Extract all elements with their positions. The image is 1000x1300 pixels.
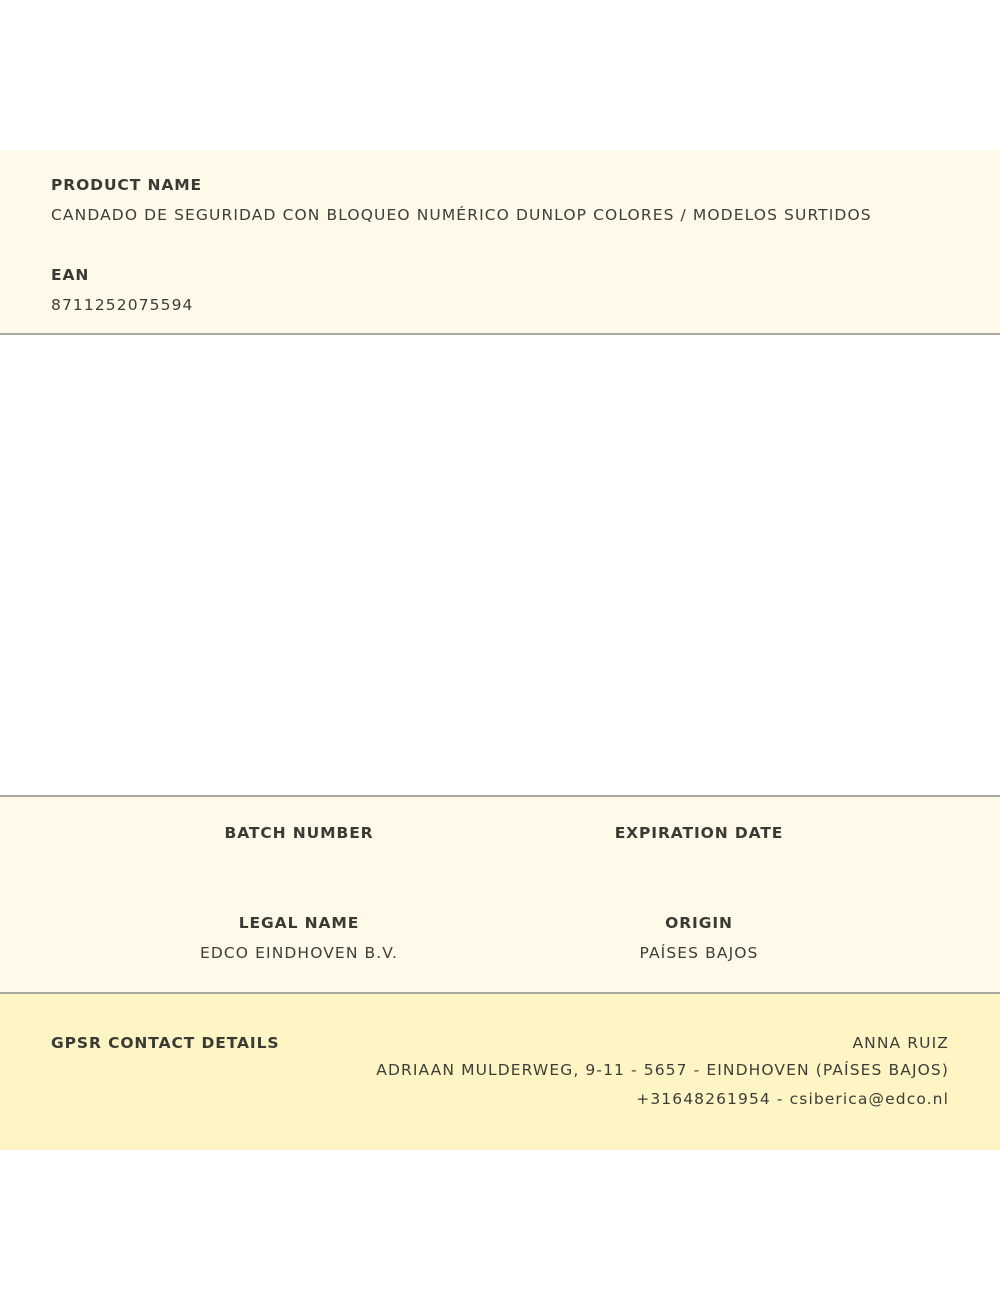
contact-phone-email: +31648261954 - csiberica@edco.nl: [636, 1090, 949, 1108]
gpsr-contact-label: GPSR CONTACT DETAILS: [51, 1034, 279, 1052]
legal-name-value: EDCO EINDHOVEN B.V.: [200, 944, 398, 962]
contact-address: ADRIAAN MULDERWEG, 9-11 - 5657 - EINDHOV…: [376, 1061, 949, 1079]
product-name-value: CANDADO DE SEGURIDAD CON BLOQUEO NUMÉRIC…: [51, 206, 872, 224]
product-info-section: PRODUCT NAME CANDADO DE SEGURIDAD CON BL…: [0, 150, 1000, 335]
expiration-date-label: EXPIRATION DATE: [615, 824, 784, 842]
origin-value: PAÍSES BAJOS: [640, 944, 759, 962]
gpsr-contact-section: GPSR CONTACT DETAILS ANNA RUIZ ADRIAAN M…: [0, 994, 1000, 1150]
ean-value: 8711252075594: [51, 296, 194, 314]
origin-label: ORIGIN: [665, 914, 733, 932]
product-name-label: PRODUCT NAME: [51, 176, 202, 194]
legal-name-label: LEGAL NAME: [239, 914, 359, 932]
ean-label: EAN: [51, 266, 89, 284]
contact-name: ANNA RUIZ: [852, 1034, 949, 1052]
batch-number-label: BATCH NUMBER: [224, 824, 373, 842]
product-details-section: BATCH NUMBER EXPIRATION DATE LEGAL NAME …: [0, 795, 1000, 994]
